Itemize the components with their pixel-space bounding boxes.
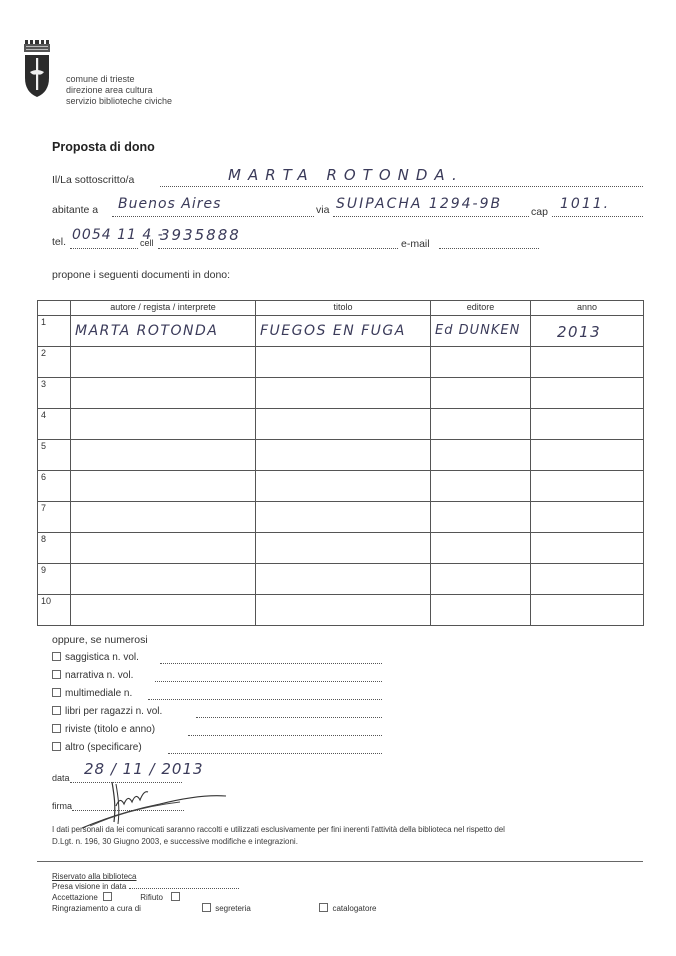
firma-label: firma [52,801,72,811]
handwritten-signature-icon [80,778,230,830]
data-label: data [52,773,70,783]
form-title: Proposta di dono [52,140,155,154]
option-dotted-field[interactable] [160,663,382,664]
cell-anno[interactable] [531,347,644,378]
cell-editore-value: Ed DUNKEN [435,323,530,338]
cell-titolo[interactable] [256,409,431,440]
row-number: 3 [38,378,71,409]
org-line-2: direzione area cultura [66,85,172,96]
cap-field[interactable]: 1011. [560,196,610,212]
cell-anno[interactable] [531,378,644,409]
sottoscritto-dotted-line [160,186,643,187]
option-checkbox[interactable] [52,706,61,715]
cap-label: cap [531,206,548,218]
cell-label: cell [140,238,154,248]
rifiuto-checkbox[interactable] [171,892,180,901]
data-field[interactable]: 28 / 11 / 2013 [84,760,204,778]
reserved-section: Riservato alla biblioteca Presa visione … [52,872,377,914]
column-header-titolo: titolo [256,301,431,316]
cell-editore[interactable] [431,471,531,502]
sottoscritto-label: Il/La sottoscritto/a [52,174,134,186]
cell-titolo[interactable] [256,564,431,595]
option-label: multimediale n. [65,688,132,699]
tel-dotted-line [70,248,138,249]
rifiuto-label: Rifiuto [140,893,163,902]
cell-editore[interactable] [431,347,531,378]
row-number: 5 [38,440,71,471]
column-header-autore: autore / regista / interprete [71,301,256,316]
tel-label: tel. [52,236,66,248]
section-divider [37,861,643,862]
privacy-note-line-2: D.Lgt. n. 196, 30 Giugno 2003, e success… [52,837,298,846]
via-dotted-line [333,216,529,217]
segreteria-label: segreteria [215,904,317,914]
ringraziamento-label: Ringraziamento a cura di [52,904,200,914]
row-number: 9 [38,564,71,595]
cell-editore[interactable] [431,595,531,626]
cell-anno[interactable] [531,564,644,595]
option-label: altro (specificare) [65,742,142,753]
cell-anno[interactable] [531,502,644,533]
column-header-num [38,301,71,316]
accettazione-row: Accettazione Rifiuto [52,892,377,903]
cell-autore[interactable]: MARTA ROTONDA [71,316,256,347]
ringraziamento-row: Ringraziamento a cura di segreteria cata… [52,903,377,914]
presa-visione-row: Presa visione in data [52,882,377,892]
alternative-option: altro (specificare) [52,742,142,753]
row-number: 2 [38,347,71,378]
org-line-1: comune di trieste [66,74,172,85]
segreteria-checkbox[interactable] [202,903,211,912]
cell-editore[interactable] [431,533,531,564]
alternative-option: riviste (titolo e anno) [52,724,155,735]
option-dotted-field[interactable] [196,717,382,718]
catalogatore-label: catalogatore [332,904,376,913]
row-number: 1 [38,316,71,347]
cell-autore[interactable] [71,471,256,502]
cell-anno[interactable] [531,471,644,502]
cell-autore[interactable] [71,378,256,409]
option-label: narrativa n. vol. [65,670,133,681]
alternative-option: multimediale n. [52,688,132,699]
cell-autore[interactable] [71,409,256,440]
option-dotted-field[interactable] [188,735,382,736]
via-field[interactable]: SUIPACHA 1294-9B [336,196,502,212]
email-label: e-mail [401,238,430,250]
row-number: 8 [38,533,71,564]
alternative-option: narrativa n. vol. [52,670,133,681]
table-row: 8 [38,533,644,564]
row-number: 7 [38,502,71,533]
cell-autore[interactable] [71,533,256,564]
column-header-editore: editore [431,301,531,316]
table-intro: propone i seguenti documenti in dono: [52,269,230,281]
cell-titolo[interactable] [256,440,431,471]
table-row: 4 [38,409,644,440]
presa-visione-label: Presa visione in data [52,882,126,891]
table-row: 6 [38,471,644,502]
cell-autore[interactable] [71,564,256,595]
table-row: 3 [38,378,644,409]
option-label: riviste (titolo e anno) [65,724,155,735]
cell-autore[interactable] [71,595,256,626]
cell-editore[interactable]: Ed DUNKEN [431,316,531,347]
abitante-dotted-line [112,216,314,217]
option-checkbox[interactable] [52,652,61,661]
trieste-coat-of-arms-icon [24,40,50,98]
accettazione-checkbox[interactable] [103,892,112,901]
abitante-label: abitante a [52,204,98,216]
option-dotted-field[interactable] [168,753,382,754]
presa-visione-field[interactable] [129,888,239,889]
cell-anno-value: 2013 [557,323,643,341]
option-dotted-field[interactable] [155,681,382,682]
cell-titolo[interactable] [256,502,431,533]
row-number: 10 [38,595,71,626]
table-header-row: autore / regista / interprete titolo edi… [38,301,644,316]
cell-titolo[interactable] [256,378,431,409]
cell-field[interactable]: 3935888 [160,226,241,244]
table-row: 2 [38,347,644,378]
option-checkbox[interactable] [52,688,61,697]
donation-table: autore / regista / interprete titolo edi… [37,300,644,626]
table-row: 9 [38,564,644,595]
option-checkbox[interactable] [52,742,61,751]
alternative-option: libri per ragazzi n. vol. [52,706,162,717]
cap-dotted-line [552,216,643,217]
email-dotted-line [439,248,539,249]
cell-anno[interactable] [531,409,644,440]
cell-editore[interactable] [431,502,531,533]
option-dotted-field[interactable] [148,699,382,700]
cell-editore[interactable] [431,409,531,440]
signature-field[interactable] [80,778,230,830]
option-checkbox[interactable] [52,724,61,733]
cell-editore[interactable] [431,440,531,471]
option-checkbox[interactable] [52,670,61,679]
organization-header: comune di trieste direzione area cultura… [66,74,172,107]
cell-anno[interactable]: 2013 [531,316,644,347]
cell-titolo[interactable] [256,533,431,564]
cell-editore[interactable] [431,378,531,409]
alternatives-heading: oppure, se numerosi [52,634,148,646]
cell-dotted-line [158,248,398,249]
accettazione-label: Accettazione [52,893,98,902]
abitante-field[interactable]: Buenos Aires [118,196,221,212]
cell-autore[interactable] [71,440,256,471]
cell-editore[interactable] [431,564,531,595]
cell-titolo-value: FUEGOS EN FUGA [260,323,430,339]
option-label: libri per ragazzi n. vol. [65,706,162,717]
cell-titolo[interactable] [256,347,431,378]
cell-anno[interactable] [531,440,644,471]
cell-anno[interactable] [531,595,644,626]
alternative-option: saggistica n. vol. [52,652,139,663]
org-line-3: servizio biblioteche civiche [66,96,172,107]
cell-titolo[interactable] [256,471,431,502]
table-row: 1MARTA ROTONDAFUEGOS EN FUGAEd DUNKEN201… [38,316,644,347]
via-label: via [316,204,329,216]
table-row: 7 [38,502,644,533]
cell-titolo[interactable]: FUEGOS EN FUGA [256,316,431,347]
cell-autore[interactable] [71,347,256,378]
privacy-note-line-1: I dati personali da lei comunicati saran… [52,825,647,834]
sottoscritto-field[interactable]: MARTA ROTONDA. [228,166,464,184]
column-header-anno: anno [531,301,644,316]
row-number: 6 [38,471,71,502]
option-label: saggistica n. vol. [65,652,139,663]
table-row: 5 [38,440,644,471]
catalogatore-checkbox[interactable] [319,903,328,912]
cell-anno[interactable] [531,533,644,564]
row-number: 4 [38,409,71,440]
cell-autore[interactable] [71,502,256,533]
reserved-heading: Riservato alla biblioteca [52,872,377,882]
cell-autore-value: MARTA ROTONDA [75,323,255,339]
cell-titolo[interactable] [256,595,431,626]
table-row: 10 [38,595,644,626]
